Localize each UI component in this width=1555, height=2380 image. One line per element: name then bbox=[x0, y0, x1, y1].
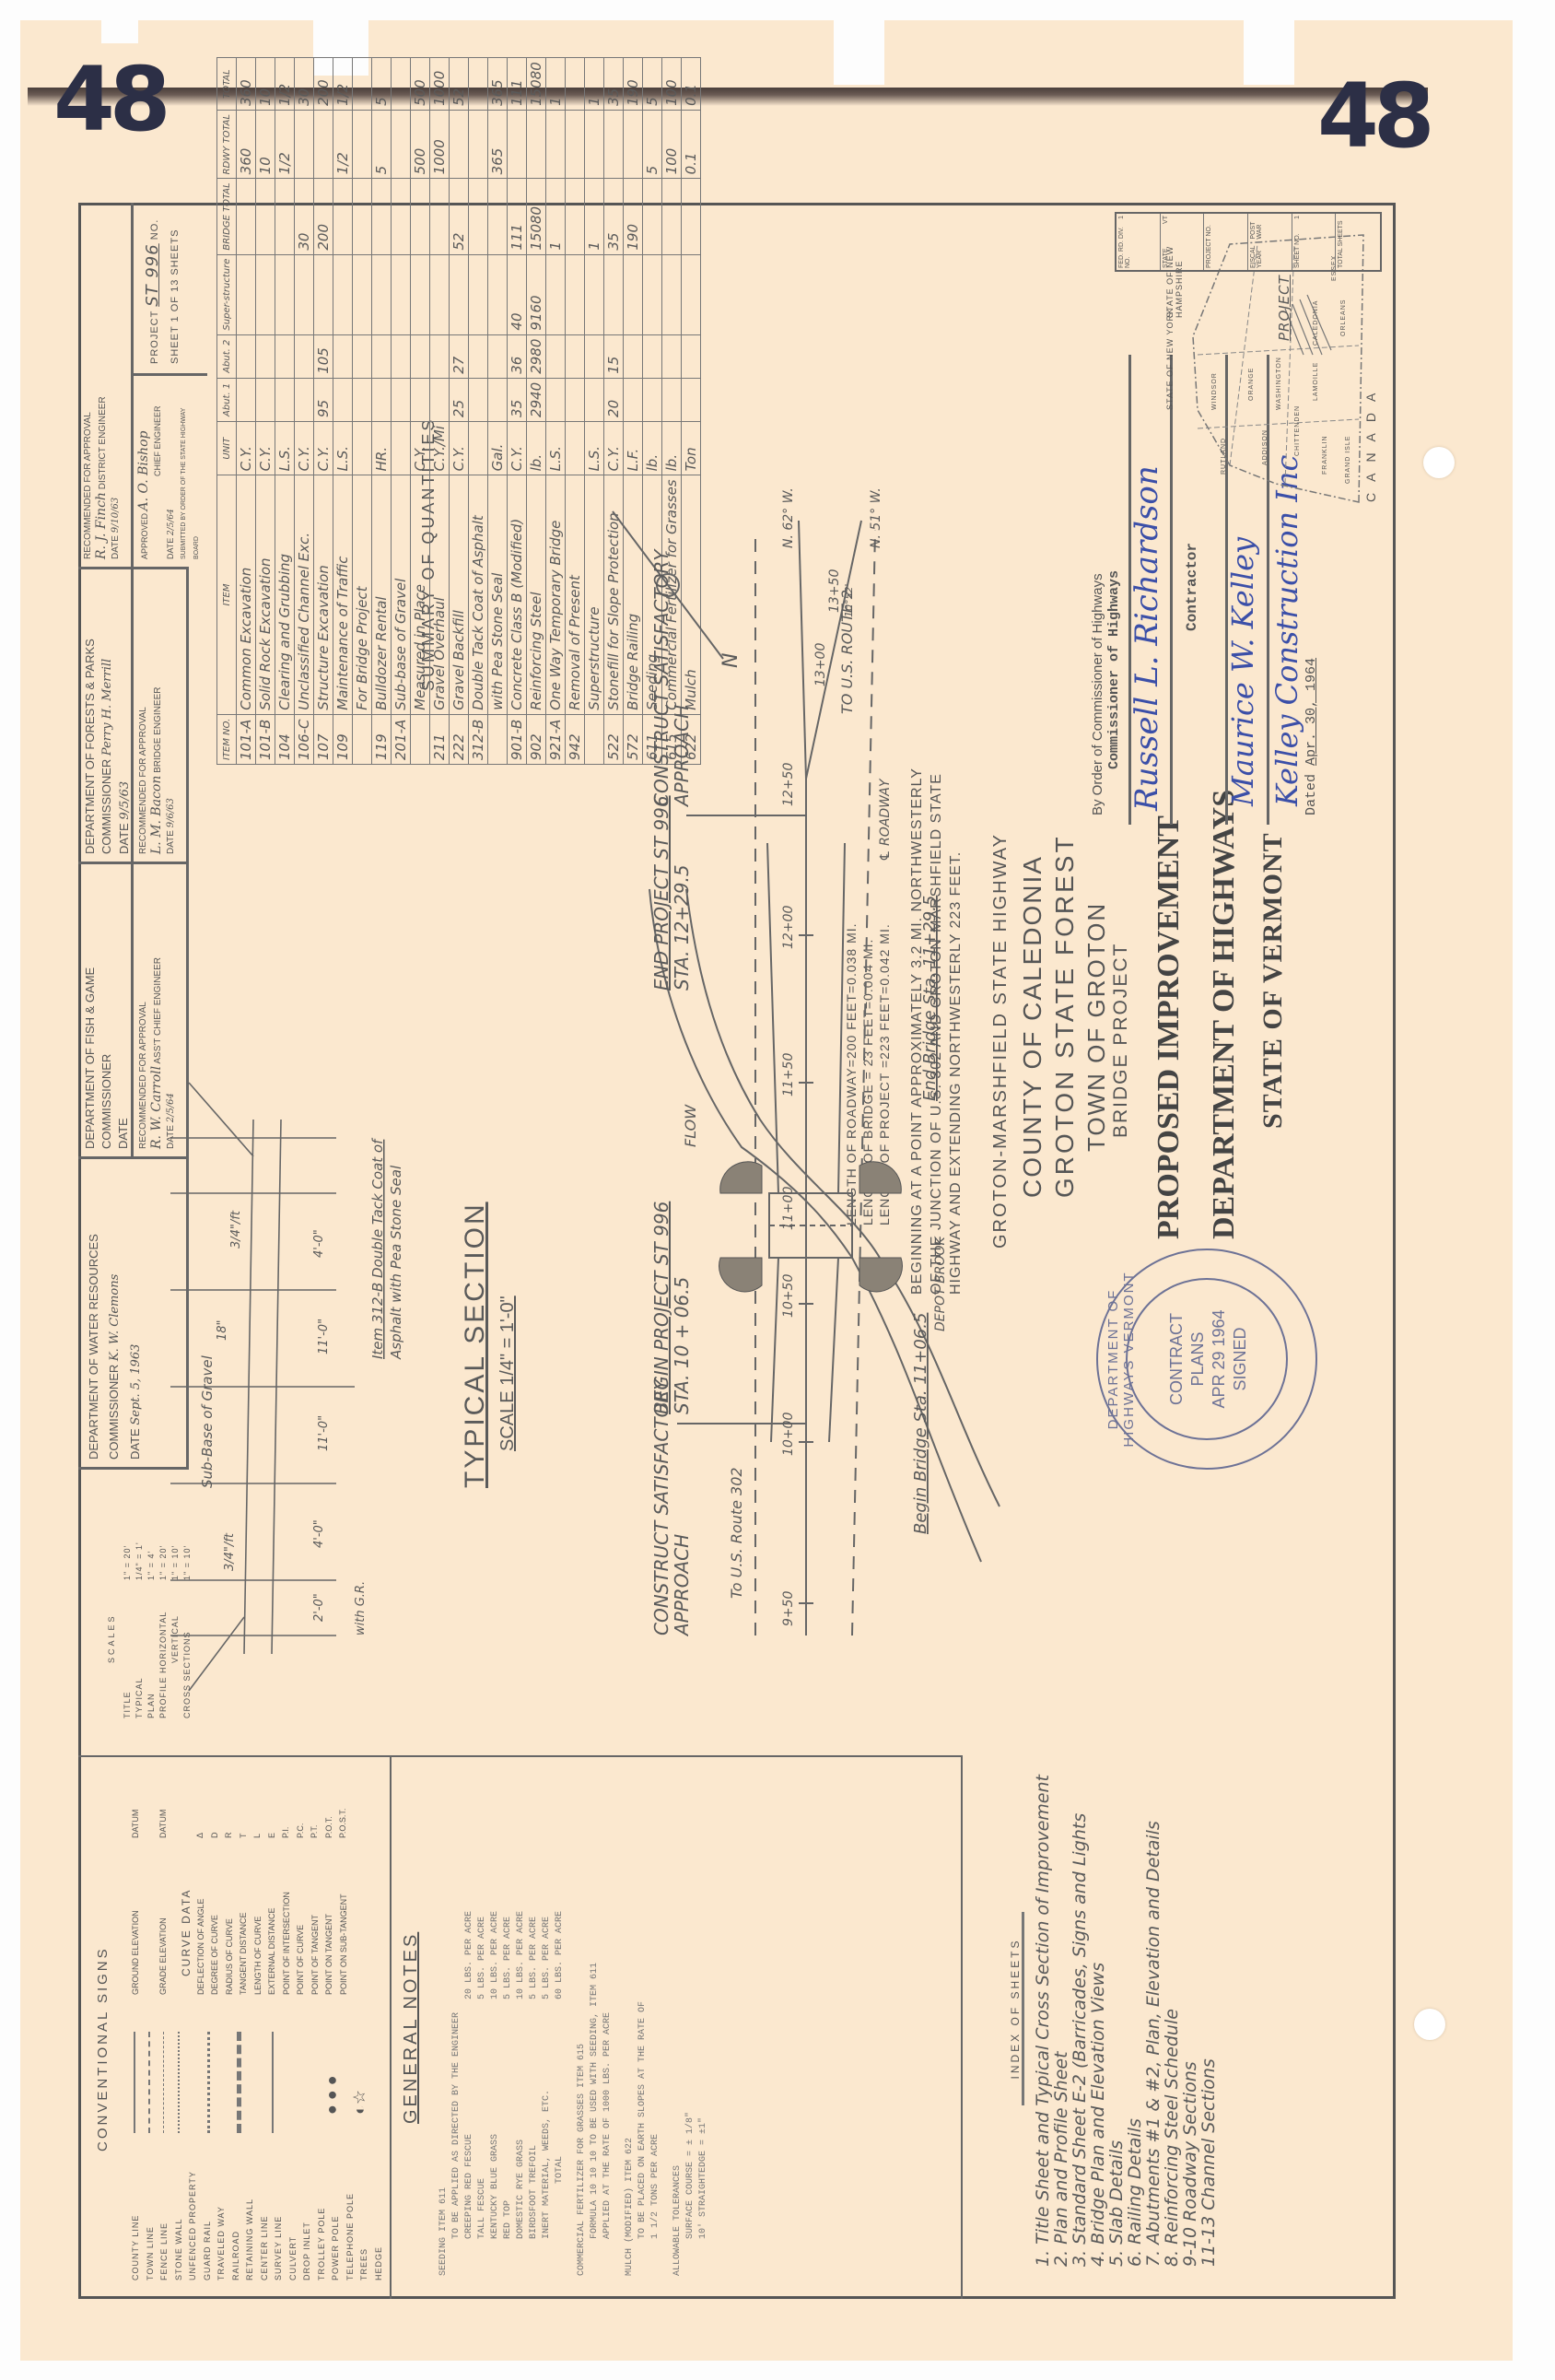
seed-name: BIRDSFOOT TREFOIL bbox=[528, 1999, 541, 2239]
seed-rate: 10 LBS. PER ACRE bbox=[489, 1834, 502, 1999]
seed-rate: 5 LBS. PER ACRE bbox=[528, 1834, 541, 1999]
left-approach-note: CONSTRUCT SATISFACTORY bbox=[650, 1378, 672, 1636]
cell-ss: 40 bbox=[508, 254, 527, 334]
cell-a1 bbox=[469, 378, 488, 421]
cell-tot: 360 bbox=[237, 58, 256, 111]
guard-rail-symbol bbox=[207, 2032, 210, 2133]
cell-a2 bbox=[275, 334, 295, 378]
cell-rt: 100 bbox=[662, 110, 682, 178]
right-approach-note: APPROACH bbox=[671, 705, 693, 808]
footer-note: SUBMITTED BY ORDER OF THE STATE HIGHWAY … bbox=[178, 383, 204, 559]
curve-data-label: POINT OF INTERSECTION bbox=[280, 1889, 295, 1995]
cell-a2: 27 bbox=[450, 334, 469, 378]
project-location-label: PROJECT bbox=[1276, 275, 1292, 341]
cell-a2 bbox=[488, 334, 508, 378]
end-project-label: END PROJECT ST 996 bbox=[650, 795, 672, 991]
ground-elevation-label: GROUND ELEVATION bbox=[129, 1889, 144, 1995]
cell-ss bbox=[430, 254, 450, 334]
info-cell: PROJECT NO. bbox=[1204, 214, 1248, 270]
typical-section-title: TYPICAL SECTION bbox=[460, 1202, 490, 1488]
cell-tot: 15080 bbox=[527, 58, 546, 111]
curve-abbr: D bbox=[208, 1809, 223, 1838]
col-header: Abut. 2 bbox=[217, 334, 237, 378]
sign-label: TREES bbox=[357, 2171, 372, 2280]
county-label: LAMOILLE bbox=[1313, 362, 1319, 401]
seeding-heading: SEEDING ITEM 611 bbox=[438, 1778, 450, 2276]
cell-no: 109 bbox=[333, 714, 353, 764]
info-cell: SHEET NO.1 bbox=[1292, 214, 1337, 270]
of-label: OF bbox=[170, 296, 181, 311]
cell-no: 211 bbox=[430, 714, 450, 764]
page-number-right: 48 bbox=[1317, 64, 1430, 168]
county-line-symbol bbox=[134, 2032, 135, 2133]
index-item: 9-10 Roadway Sections bbox=[1181, 1751, 1199, 2267]
recommended-label: RECOMMENDED FOR APPROVAL bbox=[137, 577, 150, 854]
general-notes-panel: GENERAL NOTES SEEDING ITEM 611 TO BE APP… bbox=[392, 1755, 963, 2299]
forests-parks-box: DEPARTMENT OF FORESTS & PARKS COMMISSION… bbox=[78, 567, 134, 862]
cell-rt bbox=[624, 110, 643, 178]
bearing-label: N. 51° W. bbox=[869, 487, 883, 548]
county-label: WASHINGTON bbox=[1276, 357, 1282, 410]
index-of-sheets: INDEX OF SHEETS 1. Title Sheet and Typic… bbox=[1009, 1751, 1218, 2267]
signature: R. J. Finch bbox=[94, 492, 109, 559]
sheet-total: 13 bbox=[170, 279, 181, 292]
cell-item: Unclassified Channel Exc. bbox=[295, 475, 314, 714]
sign-label: TROLLEY POLE bbox=[315, 2171, 330, 2280]
cell-ss bbox=[256, 254, 275, 334]
col-header: ITEM NO. bbox=[217, 714, 237, 764]
cell-unit: C.Y./Mi bbox=[430, 421, 450, 475]
curve-abbr: E bbox=[265, 1809, 280, 1838]
date-label: DATE bbox=[117, 823, 131, 854]
seed-name: INERT MATERIAL, WEEDS, ETC. bbox=[541, 1999, 554, 2239]
mulch-line: 1 1/2 TONS PER ACRE bbox=[649, 1778, 662, 2276]
grade-elevation-label: GRADE ELEVATION bbox=[157, 1889, 171, 1995]
commissioner-label: COMMISSIONER bbox=[99, 759, 113, 854]
station-label: 11+00 bbox=[781, 1187, 796, 1230]
sign-label: TRAVELED WAY bbox=[215, 2171, 229, 2280]
cell-rt: 1000 bbox=[430, 110, 450, 178]
punch-hole bbox=[1423, 447, 1455, 478]
stamp-line: SIGNED bbox=[1231, 1250, 1250, 1468]
bearing-label: N. 62° W. bbox=[781, 487, 796, 548]
cell-a2: 2980 bbox=[527, 334, 546, 378]
table-row: 211Gravel OverhaulC.Y./Mi10001000 bbox=[430, 58, 450, 765]
seed-name: RED TOP bbox=[502, 1999, 515, 2239]
centerline-label: ℄ ROADWAY bbox=[878, 778, 893, 862]
punch-hole bbox=[1414, 2009, 1445, 2040]
sign-label: DROP INLET bbox=[300, 2171, 315, 2280]
cell-no: 104 bbox=[275, 714, 295, 764]
fertilizer-line: APPLIED AT THE RATE OF 1000 LBS. PER ACR… bbox=[602, 1778, 614, 2276]
fertilizer-line: FORMULA 10 10 10 TO BE USED WITH SEEDING… bbox=[589, 1778, 602, 2276]
sign-label: RETAINING WALL bbox=[243, 2171, 258, 2280]
sheet-number: 1 bbox=[170, 315, 181, 322]
cell-ss bbox=[237, 254, 256, 334]
cell-rt: 365 bbox=[488, 110, 508, 178]
seed-name: DOMESTIC RYE GRASS bbox=[515, 1999, 528, 2239]
cell-no bbox=[353, 714, 372, 764]
commissioner-signature: Perry H. Merrill bbox=[100, 659, 114, 756]
cell-bt bbox=[411, 179, 430, 254]
cell-unit bbox=[469, 421, 488, 475]
contract-plans-stamp: DEPARTMENT OF HIGHWAYS VERMONT CONTRACT … bbox=[1096, 1249, 1317, 1470]
curve-data-title: CURVE DATA bbox=[180, 1889, 194, 1995]
tolerance-line: SURFACE COURSE = ± 1/8" bbox=[684, 1778, 697, 2276]
begin-bridge-label: Begin Bridge Sta. 11+06.5 bbox=[911, 1313, 930, 1534]
cell-ss: 9160 bbox=[527, 254, 546, 334]
curve-abbr: P.I. bbox=[279, 1809, 294, 1838]
cell-rt bbox=[392, 110, 411, 178]
cell-a1 bbox=[353, 378, 372, 421]
cell-item: Double Tack Coat of Asphalt bbox=[469, 475, 488, 714]
mulch-heading: MULCH (MODIFIED) ITEM 622 bbox=[624, 1778, 637, 2276]
info-cell: FISCAL YEARPOST WAR bbox=[1248, 214, 1292, 270]
sign-label: GUARD RAIL bbox=[201, 2171, 216, 2280]
title-heading: PROPOSED IMPROVEMENT bbox=[1152, 815, 1187, 1239]
cell-unit: C.Y. bbox=[411, 421, 430, 475]
dimension-label: 18" bbox=[216, 1319, 229, 1341]
stone-wall-symbol bbox=[178, 2032, 180, 2133]
sign-label: POWER POLE bbox=[329, 2171, 344, 2280]
cell-ss bbox=[295, 254, 314, 334]
curve-data-label: POINT OF CURVE bbox=[294, 1889, 309, 1995]
cell-no: 312-B bbox=[469, 714, 488, 764]
cell-a2 bbox=[469, 334, 488, 378]
station-label: 13+00 bbox=[813, 643, 828, 686]
table-row: 104Clearing and GrubbingL.S.1/21/2 bbox=[275, 58, 295, 765]
cell-rt bbox=[604, 110, 624, 178]
cell-a1 bbox=[237, 378, 256, 421]
county-label: ORANGE bbox=[1248, 368, 1255, 401]
curve-abbr: P.O.S.T. bbox=[336, 1809, 351, 1838]
curve-data-label: TANGENT DISTANCE bbox=[237, 1889, 251, 1995]
general-notes-body: SEEDING ITEM 611 TO BE APPLIED AS DIRECT… bbox=[438, 1778, 710, 2276]
signature: L. M. Bacon bbox=[149, 776, 164, 854]
dimension-label: 4'-0" bbox=[312, 1229, 326, 1258]
title: DISTRICT ENGINEER bbox=[98, 396, 108, 489]
seeding-table: CREEPING RED FESCUE20 LBS. PER ACRE TALL… bbox=[463, 1778, 567, 2276]
bridge-plan-drawing: 9+50 10+00 10+50 11+00 11+50 12+00 12+50… bbox=[557, 180, 1073, 1746]
cell-tot: 5 bbox=[643, 58, 662, 111]
cell-bt bbox=[430, 179, 450, 254]
seed-rate: 5 LBS. PER ACRE bbox=[541, 1834, 554, 1999]
cell-a1 bbox=[430, 378, 450, 421]
seed-name: TALL FESCUE bbox=[476, 1999, 489, 2239]
cell-bt bbox=[333, 179, 353, 254]
table-row: 107Structure ExcavationC.Y.95105200200 bbox=[314, 58, 333, 765]
canada-label: CANADA bbox=[1363, 382, 1378, 502]
seed-name: KENTUCKY BLUE GRASS bbox=[489, 1999, 502, 2239]
cell-item: Maintenance of Traffic bbox=[333, 475, 353, 714]
cell-a2 bbox=[411, 334, 430, 378]
cell-a1: 25 bbox=[450, 378, 469, 421]
cell-ss bbox=[372, 254, 392, 334]
col-header: RDWY TOTAL bbox=[217, 110, 237, 178]
info-cell: TOTAL SHEETS bbox=[1336, 214, 1380, 270]
sheets-label: SHEETS bbox=[170, 229, 181, 276]
cell-tot: 1/2 bbox=[333, 58, 353, 111]
cell-tot: 1 bbox=[546, 58, 566, 111]
cell-tot: 52 bbox=[450, 58, 469, 111]
approved-label: APPROVED bbox=[140, 513, 149, 559]
seed-rate: 5 LBS. PER ACRE bbox=[502, 1834, 515, 1999]
curve-data-label: POINT ON TANGENT bbox=[322, 1889, 337, 1995]
info-cell: FED. RD. DIV. NO.1 bbox=[1117, 214, 1161, 270]
index-item: 1. Title Sheet and Typical Cross Section… bbox=[1034, 1751, 1052, 2267]
curve-abbr: R bbox=[222, 1809, 237, 1838]
table-row: 201-ASub-base of Gravel bbox=[392, 58, 411, 765]
table-row: 101-ACommon ExcavationC.Y.360360 bbox=[237, 58, 256, 765]
cell-rt bbox=[508, 110, 527, 178]
cell-rt bbox=[450, 110, 469, 178]
typical-section-drawing: 2'-0" 4'-0" 11'-0" 11'-0" 4'-0" 18" 3/4"… bbox=[134, 1064, 539, 1709]
project-block: PROJECT ST 996 NO. SHEET 1 OF 13 SHEETS bbox=[143, 219, 185, 364]
station-label: 10+00 bbox=[781, 1413, 796, 1456]
title-state: STATE OF VERMONT bbox=[1257, 832, 1289, 1129]
cell-unit: Gal. bbox=[488, 421, 508, 475]
dimension-label: 4'-0" bbox=[312, 1519, 326, 1548]
fish-game-box: DEPARTMENT OF FISH & GAME COMMISSIONER D… bbox=[78, 862, 134, 1156]
cell-item: Structure Excavation bbox=[314, 475, 333, 714]
cell-a1 bbox=[256, 378, 275, 421]
new-york-label: STATE OF NEW YORK bbox=[1165, 308, 1175, 410]
cell-unit: C.Y. bbox=[314, 421, 333, 475]
sign-label: CENTER LINE bbox=[258, 2171, 273, 2280]
cell-tot: 365 bbox=[488, 58, 508, 111]
typical-section-scale: SCALE 1/4" = 1'-0" bbox=[497, 1296, 518, 1451]
end-bridge-label: End Bridge Sta. 11+29.5 bbox=[920, 896, 940, 1101]
cell-rt: 1/2 bbox=[275, 110, 295, 178]
sign-label: UNFENCED PROPERTY bbox=[186, 2171, 201, 2280]
cell-item: Reinforcing Steel bbox=[527, 475, 546, 714]
col-header: TOTAL bbox=[217, 58, 237, 111]
cell-a2 bbox=[353, 334, 372, 378]
date-label: DATE bbox=[115, 872, 132, 1149]
sign-label: TELEPHONE POLE bbox=[344, 2171, 358, 2280]
conventional-signs-title: CONVENTIONAL SIGNS bbox=[95, 1946, 111, 2151]
cell-unit bbox=[392, 421, 411, 475]
cell-no: 119 bbox=[372, 714, 392, 764]
title: BRIDGE ENGINEER bbox=[153, 687, 163, 773]
scale-label: TITLE bbox=[122, 1580, 134, 1718]
cell-rt bbox=[546, 110, 566, 178]
cell-bt: 200 bbox=[314, 179, 333, 254]
seed-name: CREEPING RED FESCUE bbox=[463, 1999, 476, 2239]
cell-unit: C.Y. bbox=[295, 421, 314, 475]
date-value: 9/5/63 bbox=[118, 781, 132, 820]
stamp-line: APR 29 1964 bbox=[1210, 1250, 1229, 1468]
cell-ss bbox=[333, 254, 353, 334]
cell-tot: 5 bbox=[372, 58, 392, 111]
stamp-outer-text: DEPARTMENT OF HIGHWAYS VERMONT bbox=[1105, 1250, 1137, 1468]
dimension-label: 2'-0" bbox=[312, 1593, 326, 1622]
cell-ss bbox=[488, 254, 508, 334]
rec-bridge-box: RECOMMENDED FOR APPROVAL L. M. Bacon BRI… bbox=[134, 567, 189, 862]
county-label: GRAND ISLE bbox=[1345, 436, 1351, 484]
table-row: 312-BDouble Tack Coat of Asphalt bbox=[469, 58, 488, 765]
fence-line-symbol bbox=[163, 2032, 164, 2133]
project-info-table: FED. RD. DIV. NO.1 STATEVT PROJECT NO. F… bbox=[1115, 212, 1382, 272]
cell-tot: 111 bbox=[508, 58, 527, 111]
commissioner-label: COMMISSIONER bbox=[107, 1365, 121, 1460]
date-label: DATE bbox=[166, 830, 176, 854]
cell-rt bbox=[469, 110, 488, 178]
table-row: 901-BConcrete Class B (Modified)C.Y.3536… bbox=[508, 58, 527, 765]
tolerances-heading: ALLOWABLE TOLERANCES bbox=[672, 1778, 684, 2276]
cell-ss bbox=[411, 254, 430, 334]
table-row: Measured in PlaceC.Y.500500 bbox=[411, 58, 430, 765]
cell-a2 bbox=[392, 334, 411, 378]
cell-tot: 500 bbox=[411, 58, 430, 111]
cell-bt: 30 bbox=[295, 179, 314, 254]
cell-item: Clearing and Grubbing bbox=[275, 475, 295, 714]
cell-tot bbox=[469, 58, 488, 111]
table-row: 222Gravel BackfillC.Y.25275252 bbox=[450, 58, 469, 765]
cell-rt bbox=[295, 110, 314, 178]
cell-a1: 2940 bbox=[527, 378, 546, 421]
paper-notch bbox=[834, 20, 884, 85]
approved-box: APPROVED A. O. Bishop CHIEF ENGINEER DAT… bbox=[134, 373, 207, 567]
cell-no: 106-C bbox=[295, 714, 314, 764]
seed-rate: 20 LBS. PER ACRE bbox=[463, 1834, 476, 1999]
county-label: CALEDONIA bbox=[1313, 300, 1319, 346]
date-value: 9/6/63 bbox=[166, 798, 176, 827]
page-number-left: 48 bbox=[53, 48, 166, 151]
rec-district-box: RECOMMENDED FOR APPROVAL R. J. Finch DIS… bbox=[78, 203, 134, 567]
asphalt-note: Asphalt with Pea Stone Seal bbox=[388, 1165, 404, 1360]
cell-ss bbox=[314, 254, 333, 334]
sign-label: CULVERT bbox=[286, 2171, 301, 2280]
commissioner-label: Commissioner of Highways bbox=[1106, 570, 1122, 769]
cell-unit: C.Y. bbox=[508, 421, 527, 475]
cell-ss bbox=[450, 254, 469, 334]
sign-label: FENCE LINE bbox=[158, 2171, 172, 2280]
cell-no: 201-A bbox=[392, 714, 411, 764]
cell-no bbox=[488, 714, 508, 764]
county-label: WINDSOR bbox=[1211, 372, 1218, 410]
curve-abbr: T bbox=[237, 1809, 251, 1838]
info-cell: STATEVT bbox=[1161, 214, 1205, 270]
signature-rule bbox=[1170, 355, 1173, 825]
dimension-label: 11'-0" bbox=[317, 1319, 331, 1354]
right-approach-note: CONSTRUCT SATISFACTORY bbox=[650, 548, 672, 806]
cell-bt bbox=[469, 179, 488, 254]
table-row: 119Bulldozer RentalHR.55 bbox=[372, 58, 392, 765]
cell-tot: 1 bbox=[585, 58, 604, 111]
cell-a2 bbox=[295, 334, 314, 378]
curve-data-label: DEGREE OF CURVE bbox=[208, 1889, 223, 1995]
dept-name: DEPARTMENT OF FISH & GAME bbox=[82, 872, 99, 1149]
title-department: DEPARTMENT OF HIGHWAYS bbox=[1207, 790, 1242, 1239]
fertilizer-heading: COMMERCIAL FERTILIZER FOR GRASSES ITEM 6… bbox=[576, 1778, 589, 2276]
curve-abbr: Δ bbox=[193, 1809, 208, 1838]
cell-tot: 1/2 bbox=[275, 58, 295, 111]
project-number: ST 996 bbox=[143, 243, 162, 307]
date-label: DATE bbox=[166, 538, 175, 559]
index-item: 8. Reinforcing Steel Schedule bbox=[1163, 1751, 1181, 2267]
project-label: PROJECT bbox=[149, 311, 160, 364]
cell-a2: 105 bbox=[314, 334, 333, 378]
cell-item: Measured in Place bbox=[411, 475, 430, 714]
station-label: 9+50 bbox=[781, 1590, 796, 1626]
table-row: 101-BSolid Rock ExcavationC.Y.1010 bbox=[256, 58, 275, 765]
cell-bt bbox=[275, 179, 295, 254]
recommended-label: RECOMMENDED FOR APPROVAL bbox=[82, 210, 95, 559]
cell-ss bbox=[392, 254, 411, 334]
cell-tot: 10 bbox=[256, 58, 275, 111]
datum-symbol: DATUM bbox=[157, 1809, 171, 1838]
curve-data-label: POINT OF TANGENT bbox=[309, 1889, 323, 1995]
cell-tot bbox=[566, 58, 585, 111]
date-value: 2/5/64 bbox=[167, 509, 176, 535]
dated-line: Dated Apr. 30, 1964 bbox=[1304, 658, 1319, 815]
cell-bt: 52 bbox=[450, 179, 469, 254]
cell-item: Concrete Class B (Modified) bbox=[508, 475, 527, 714]
index-item: 11-13 Channel Sections bbox=[1199, 1751, 1218, 2267]
general-notes-title: GENERAL NOTES bbox=[401, 1932, 422, 2124]
scale-value: 1" = 20' bbox=[122, 1525, 134, 1580]
cell-no: 101-A bbox=[237, 714, 256, 764]
cell-rt: 5 bbox=[643, 110, 662, 178]
cell-a1 bbox=[411, 378, 430, 421]
cell-bt: 15080 bbox=[527, 179, 546, 254]
town-name: TOWN OF GROTON bbox=[1082, 902, 1111, 1152]
table-row: 902Reinforcing Steellb.29402980916015080… bbox=[527, 58, 546, 765]
seed-rate: 60 LBS. PER ACRE bbox=[554, 1834, 567, 1999]
guard-rail-note: with G.R. bbox=[354, 1581, 368, 1636]
station-label: 10+50 bbox=[781, 1274, 796, 1318]
col-header: ITEM bbox=[217, 475, 237, 714]
table-row: 109Maintenance of TrafficL.S.1/21/2 bbox=[333, 58, 353, 765]
cell-rt bbox=[527, 110, 546, 178]
cell-a2 bbox=[237, 334, 256, 378]
cell-item: Gravel Overhaul bbox=[430, 475, 450, 714]
cell-rt bbox=[353, 110, 372, 178]
cell-bt bbox=[488, 179, 508, 254]
cell-rt: 10 bbox=[256, 110, 275, 178]
dimension-label: 11'-0" bbox=[317, 1415, 331, 1451]
seed-rate: 5 LBS. PER ACRE bbox=[476, 1834, 489, 1999]
curve-data-label: LENGTH OF CURVE bbox=[251, 1889, 266, 1995]
index-item: 5. Slab Details bbox=[1107, 1751, 1126, 2267]
cell-item: Common Excavation bbox=[237, 475, 256, 714]
cell-ss bbox=[353, 254, 372, 334]
curve-abbr: L bbox=[251, 1809, 265, 1838]
cell-item: Sub-base of Gravel bbox=[392, 475, 411, 714]
cell-item: Gravel Backfill bbox=[450, 475, 469, 714]
cell-item: with Pea Stone Seal bbox=[488, 475, 508, 714]
project-info-grid: FED. RD. DIV. NO.1 STATEVT PROJECT NO. F… bbox=[1117, 214, 1380, 270]
cell-rt: 5 bbox=[372, 110, 392, 178]
cell-tot: 30 bbox=[295, 58, 314, 111]
flow-label: FLOW bbox=[682, 1104, 699, 1147]
cell-a1: 35 bbox=[508, 378, 527, 421]
center-line-symbol bbox=[272, 2032, 274, 2133]
cell-no: 107 bbox=[314, 714, 333, 764]
cell-unit: HR. bbox=[372, 421, 392, 475]
table-row: 106-CUnclassified Channel Exc.C.Y.3030 bbox=[295, 58, 314, 765]
dept-name: DEPARTMENT OF WATER RESOURCES bbox=[84, 1167, 104, 1460]
slope-label: 3/4"/ft bbox=[223, 1532, 237, 1571]
cell-rt bbox=[566, 110, 585, 178]
col-header: Super-structure bbox=[217, 254, 237, 334]
cell-ss bbox=[469, 254, 488, 334]
cell-a1 bbox=[295, 378, 314, 421]
cell-rt: 500 bbox=[411, 110, 430, 178]
col-header: Abut. 1 bbox=[217, 378, 237, 421]
cell-tot bbox=[392, 58, 411, 111]
